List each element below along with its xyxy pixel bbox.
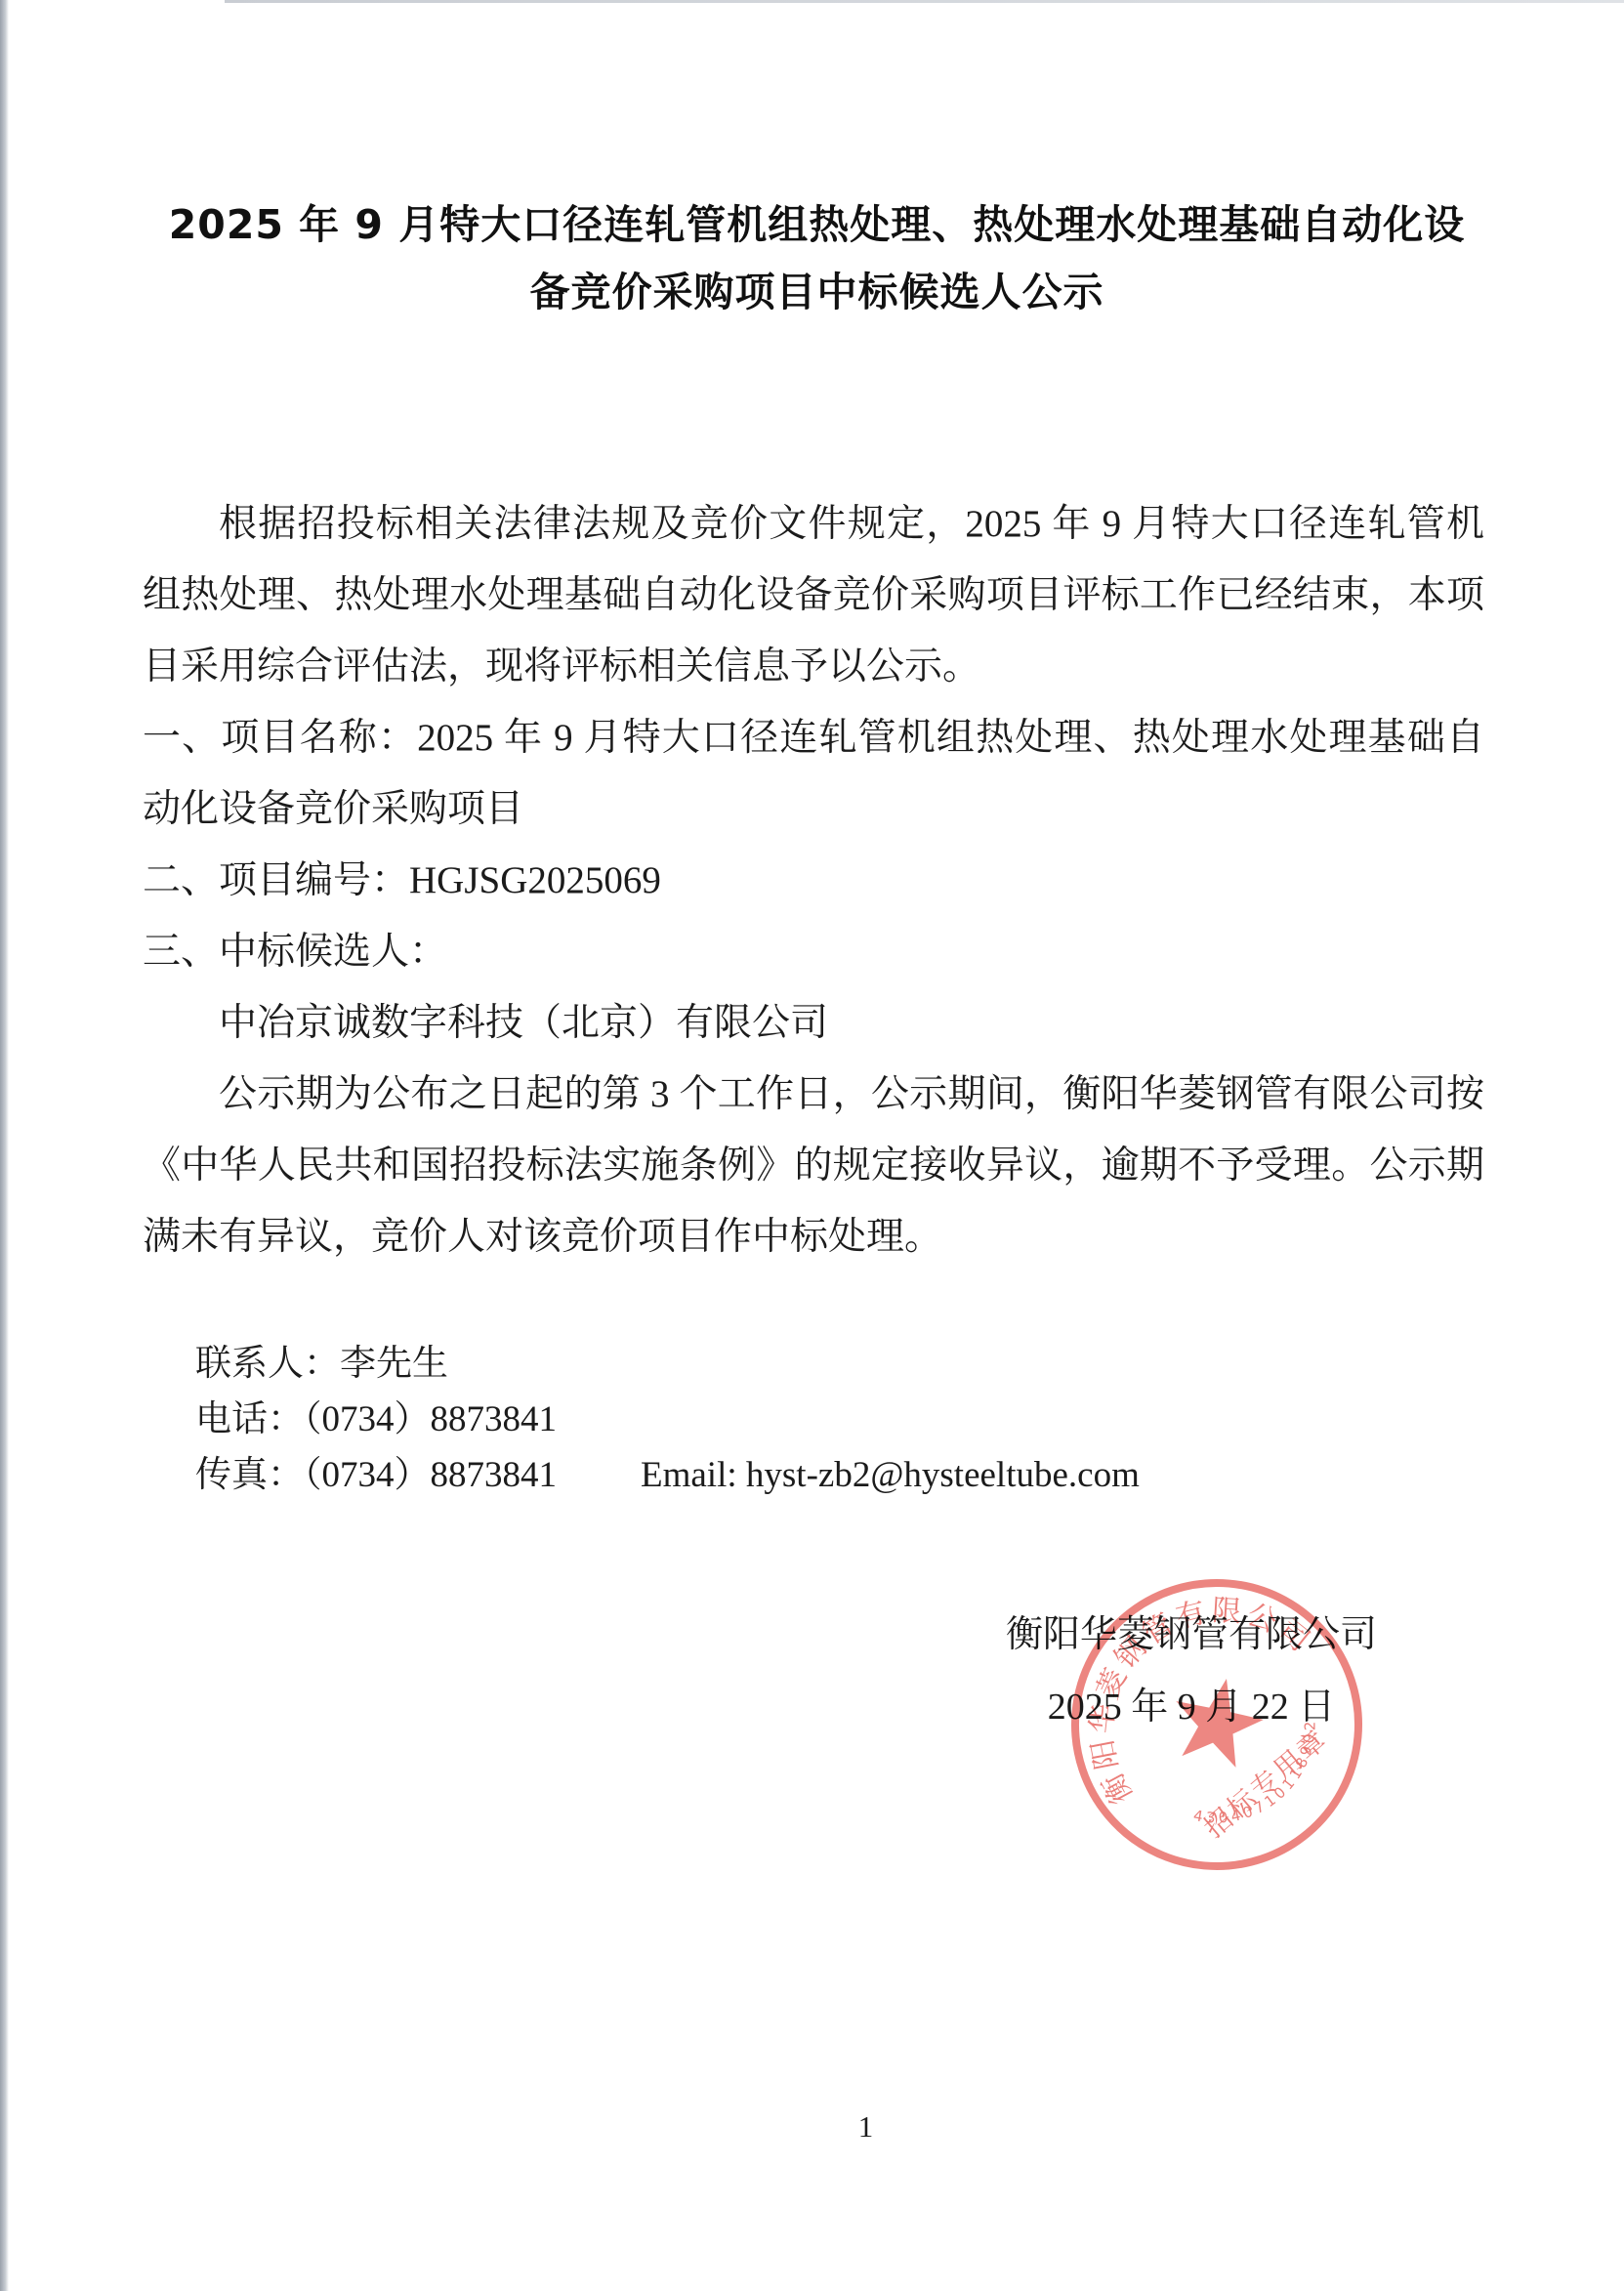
contact-email: Email: hyst-zb2@hysteeltube.com — [641, 1447, 1140, 1503]
body-paragraphs: 根据招投标相关法律法规及竞价文件规定，2025 年 9 月特大口径连轧管机组热处… — [143, 488, 1484, 1272]
contact-person: 联系人：李先生 — [195, 1336, 1140, 1392]
contact-block: 联系人：李先生 电话：（0734）8873841 传真：（0734）887384… — [195, 1336, 1140, 1503]
paragraph-candidates-heading: 三、中标候选人： — [143, 916, 1484, 987]
scan-edge-top — [225, 0, 1624, 3]
company-seal-stamp: 衡阳华菱钢管有限公司 43040710118902 招标专用章 — [1060, 1567, 1374, 1882]
document-title: 2025 年 9 月特大口径连轧管机组热处理、热处理水处理基础自动化设 备竞价采… — [146, 191, 1487, 326]
paragraph-project-name: 一、项目名称：2025 年 9 月特大口径连轧管机组热处理、热处理水处理基础自动… — [143, 702, 1484, 845]
title-line-1: 2025 年 9 月特大口径连轧管机组热处理、热处理水处理基础自动化设 — [169, 201, 1465, 248]
title-line-2: 备竞价采购项目中标候选人公示 — [530, 269, 1104, 315]
paragraph-publicity-period: 公示期为公布之日起的第 3 个工作日，公示期间，衡阳华菱钢管有限公司按《中华人民… — [143, 1059, 1484, 1272]
paragraph-winning-candidate: 中冶京诚数字科技（北京）有限公司 — [143, 987, 1484, 1059]
contact-fax: 传真：（0734）8873841 — [195, 1447, 557, 1503]
paragraph-intro: 根据招投标相关法律法规及竞价文件规定，2025 年 9 月特大口径连轧管机组热处… — [143, 488, 1484, 702]
scan-edge-left — [0, 0, 9, 2291]
contact-phone: 电话：（0734）8873841 — [195, 1392, 1140, 1447]
contact-fax-email-row: 传真：（0734）8873841 Email: hyst-zb2@hysteel… — [195, 1447, 1140, 1503]
page-number: 1 — [0, 2109, 1624, 2145]
paragraph-project-number: 二、项目编号：HGJSG2025069 — [143, 845, 1484, 916]
star-icon — [1165, 1670, 1270, 1771]
